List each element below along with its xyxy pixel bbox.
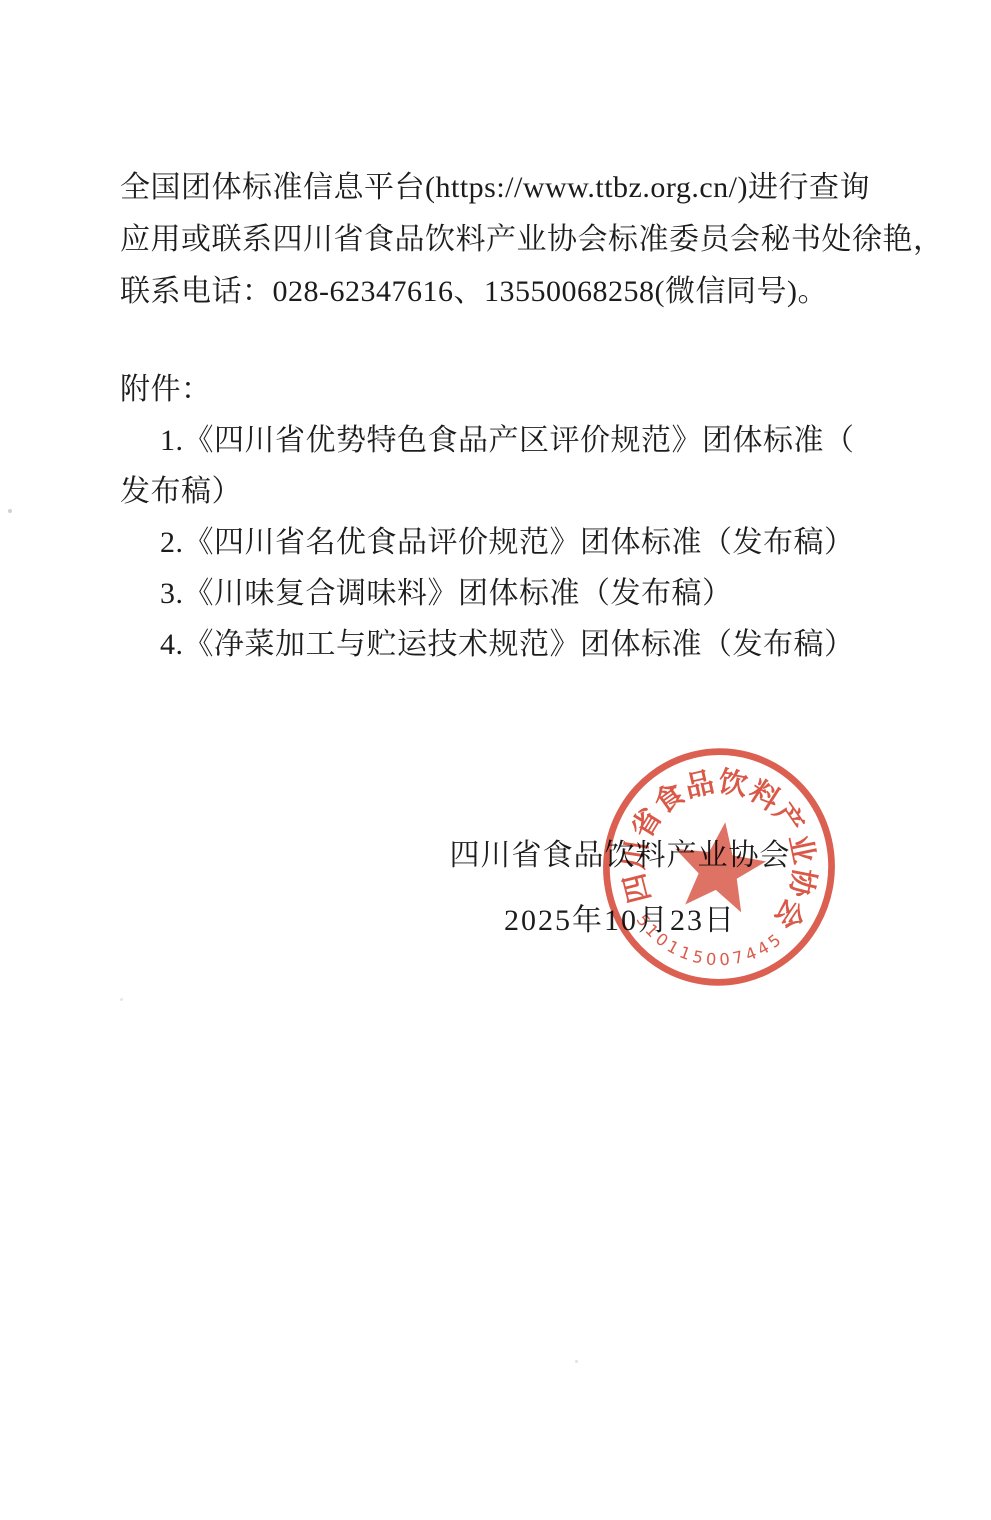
attachment-item-1-line-2: 发布稿） bbox=[120, 466, 855, 517]
signature-block: 四川省食品饮料产业协会 2025年10月23日 bbox=[440, 830, 800, 939]
attachment-item-2: 2.《四川省名优食品评价规范》团体标准（发布稿） bbox=[120, 517, 855, 568]
attachment-item-1-line-1: 1.《四川省优势特色食品产区评价规范》团体标准（ bbox=[120, 415, 855, 466]
body-paragraph: 全国团体标准信息平台(https://www.ttbz.org.cn/)进行查询… bbox=[120, 162, 944, 318]
signature-organization: 四川省食品饮料产业协会 bbox=[440, 830, 800, 874]
attachments-section: 附件： 1.《四川省优势特色食品产区评价规范》团体标准（ 发布稿） 2.《四川省… bbox=[120, 364, 855, 670]
attachment-item-4: 4.《净菜加工与贮运技术规范》团体标准（发布稿） bbox=[120, 619, 855, 670]
signature-date: 2025年10月23日 bbox=[440, 895, 800, 939]
scan-artifact-dot bbox=[120, 998, 123, 1001]
document-page: 全国团体标准信息平台(https://www.ttbz.org.cn/)进行查询… bbox=[0, 0, 991, 1520]
scan-artifact-dot bbox=[575, 1360, 578, 1363]
attachment-item-3: 3.《川味复合调味料》团体标准（发布稿） bbox=[120, 568, 855, 619]
body-line-1: 全国团体标准信息平台(https://www.ttbz.org.cn/)进行查询 bbox=[120, 162, 944, 214]
scan-artifact-dot bbox=[8, 509, 12, 513]
body-line-3: 联系电话：028-62347616、13550068258(微信同号)。 bbox=[120, 266, 944, 318]
body-line-2: 应用或联系四川省食品饮料产业协会标准委员会秘书处徐艳， bbox=[120, 214, 944, 266]
attachments-label: 附件： bbox=[120, 364, 855, 415]
